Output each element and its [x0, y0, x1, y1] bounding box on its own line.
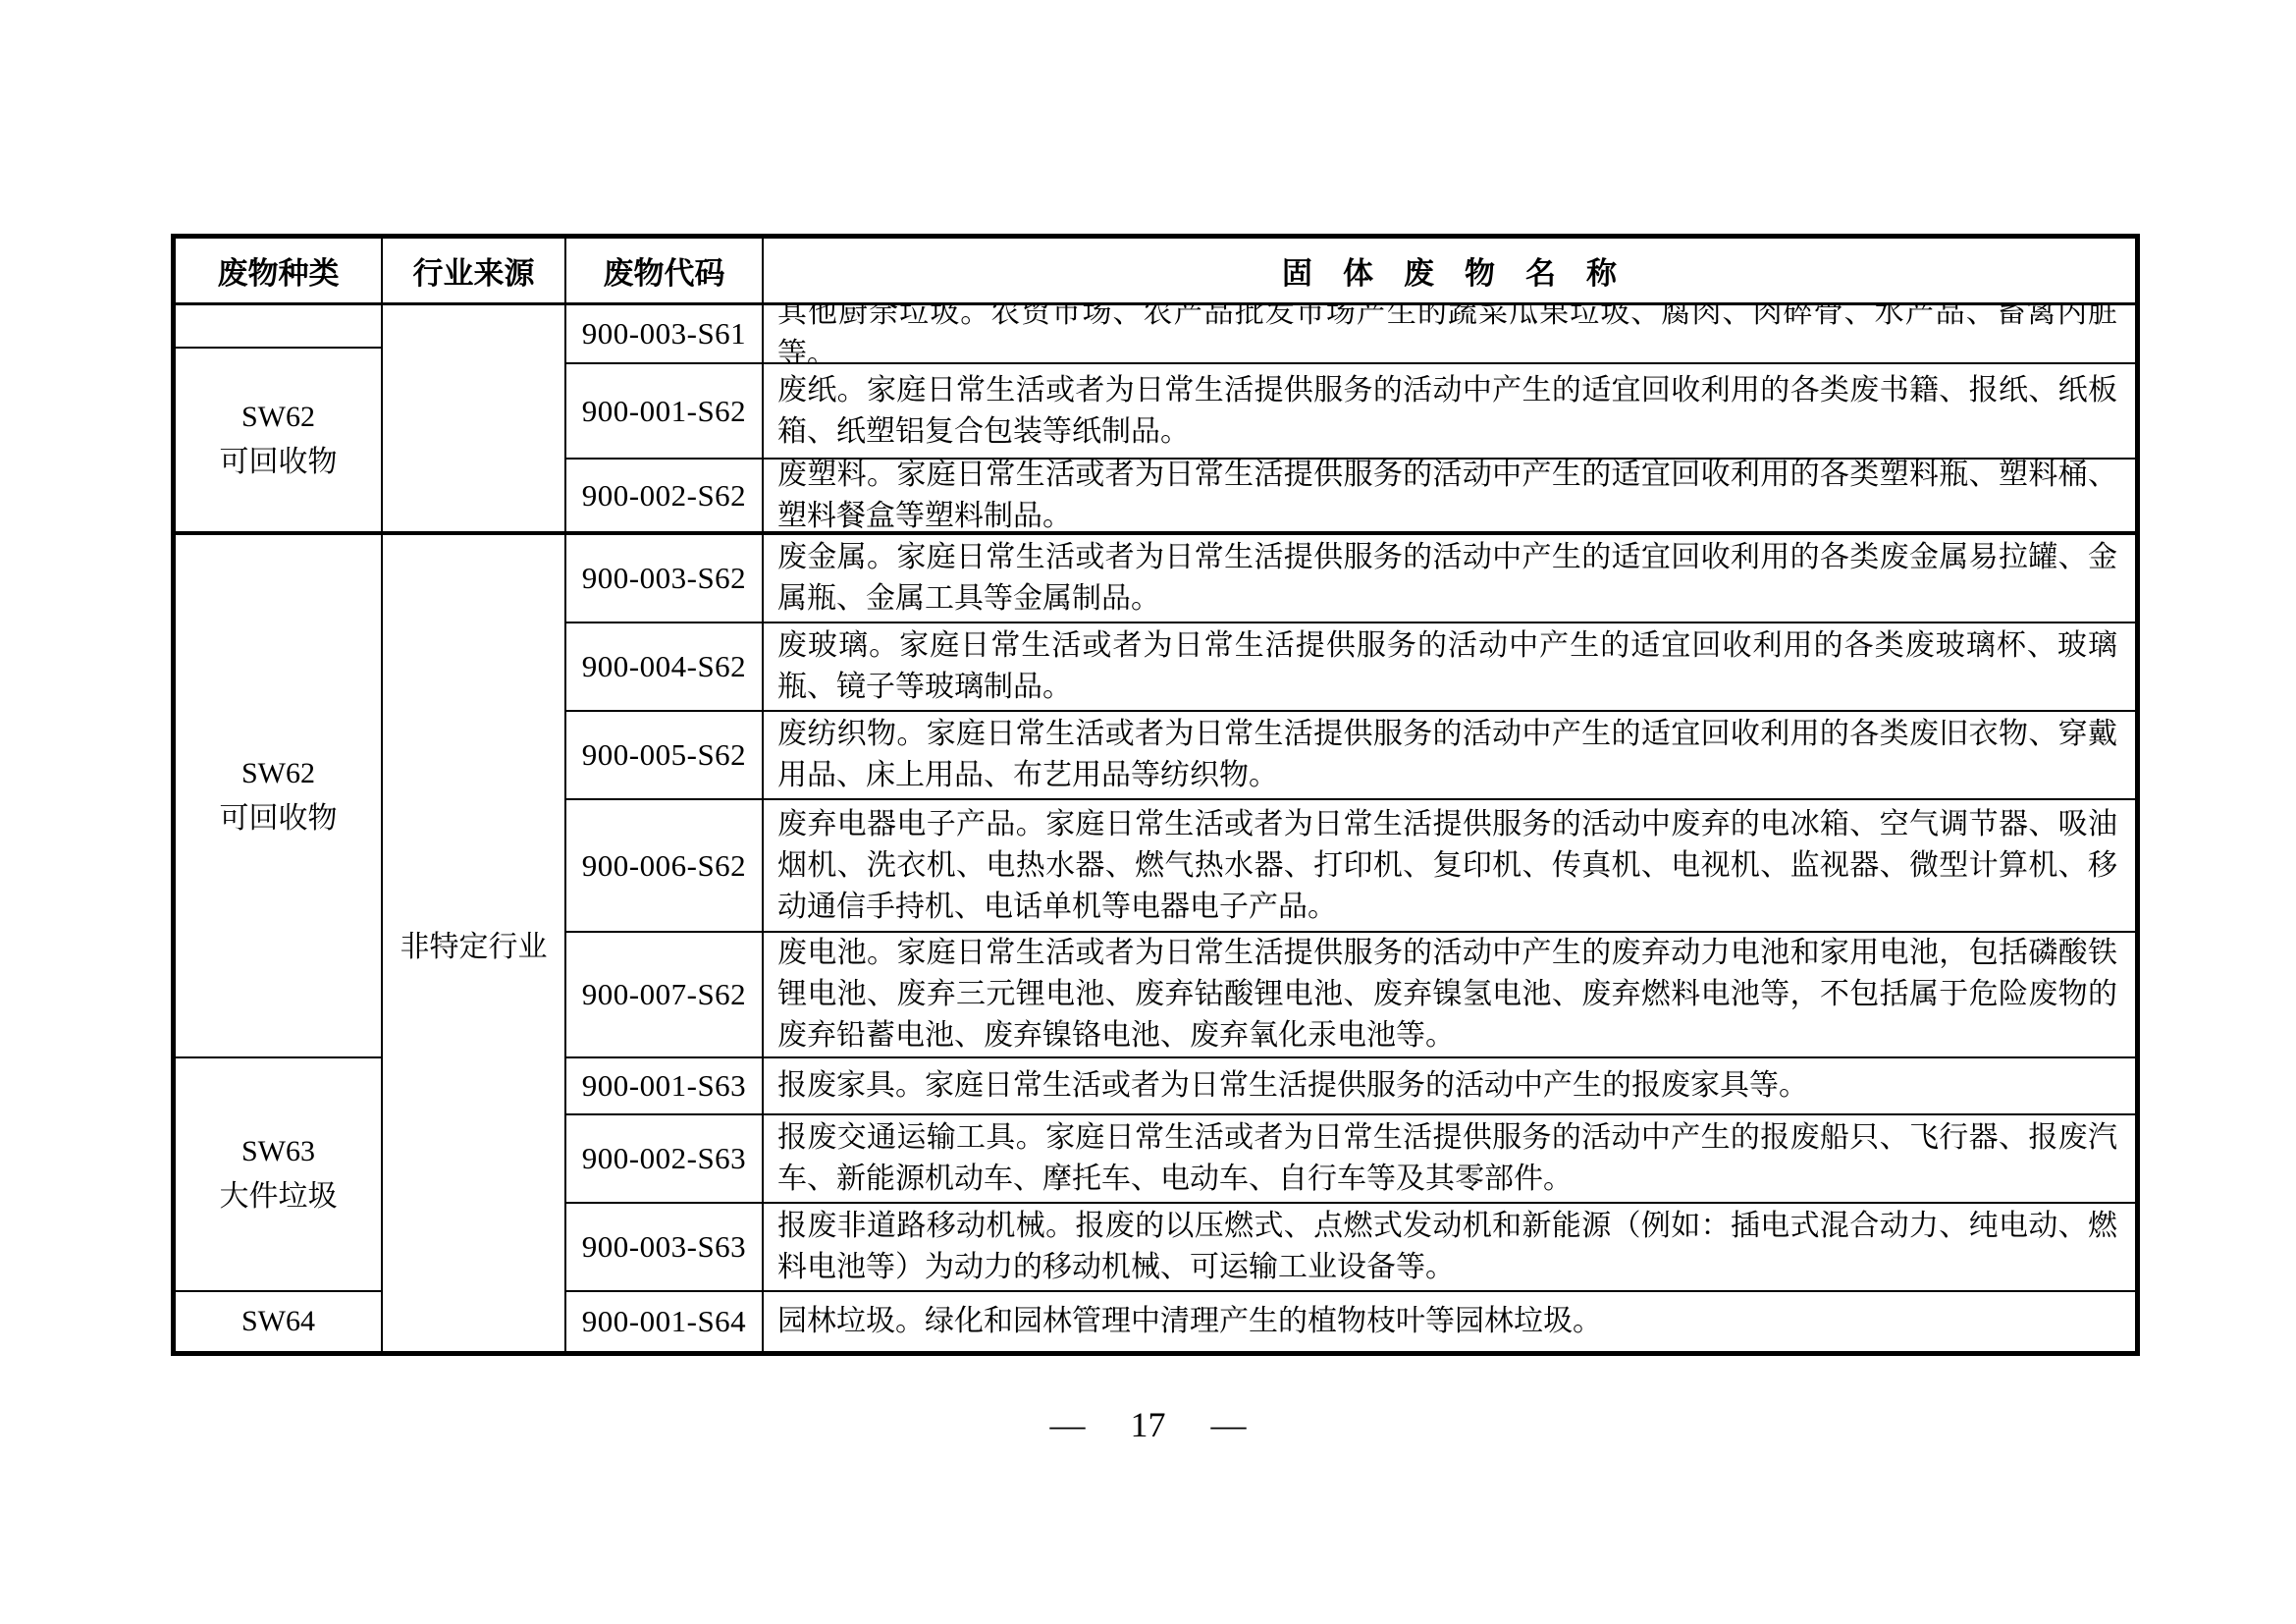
waste-name-text: 报废非道路移动机械。报废的以压燃式、点燃式发动机和新能源（例如：插电式混合动力、…: [777, 1206, 2117, 1288]
waste-name-cell: 废纺织物。家庭日常生活或者为日常生活提供服务的活动中产生的适宜回收利用的各类废旧…: [764, 712, 2135, 800]
industry-source-cell-empty: [383, 305, 566, 535]
waste-name-cell: 报废交通运输工具。家庭日常生活或者为日常生活提供服务的活动中产生的报废船只、飞行…: [764, 1115, 2135, 1204]
waste-name-cell: 废电池。家庭日常生活或者为日常生活提供服务的活动中产生的废弃动力电池和家用电池，…: [764, 933, 2135, 1058]
waste-name-text: 其他厨余垃圾。农贸市场、农产品批发市场产生的蔬菜瓜果垃圾、腐肉、肉碎骨、水产品、…: [777, 305, 2117, 364]
waste-category-label: 大件垃圾: [220, 1174, 338, 1219]
footer-dash-right: —: [1211, 1404, 1247, 1445]
waste-name-cell: 报废家具。家庭日常生活或者为日常生活提供服务的活动中产生的报废家具等。: [764, 1058, 2135, 1115]
waste-category-code: SW63: [241, 1129, 315, 1174]
waste-name-cell: 报废非道路移动机械。报废的以压燃式、点燃式发动机和新能源（例如：插电式混合动力、…: [764, 1204, 2135, 1292]
waste-category-cell-sw62-recyclable-1: SW62 可回收物: [176, 349, 383, 535]
waste-category-cell-sw62-recyclable-2: SW62 可回收物: [176, 535, 383, 1058]
waste-category-cell-sw63-bulky: SW63 大件垃圾: [176, 1058, 383, 1292]
col-header-waste-code: 废物代码: [566, 239, 764, 305]
col-header-waste-name: 固 体 废 物 名 称: [764, 239, 2135, 305]
waste-name-text: 废纺织物。家庭日常生活或者为日常生活提供服务的活动中产生的适宜回收利用的各类废旧…: [777, 714, 2117, 796]
waste-name-text: 废电池。家庭日常生活或者为日常生活提供服务的活动中产生的废弃动力电池和家用电池，…: [777, 933, 2117, 1056]
waste-code-cell: 900-001-S64: [566, 1292, 764, 1351]
col-header-waste-category: 废物种类: [176, 239, 383, 305]
waste-name-text: 废纸。家庭日常生活或者为日常生活提供服务的活动中产生的适宜回收利用的各类废书籍、…: [777, 370, 2117, 453]
waste-code-cell: 900-002-S62: [566, 460, 764, 535]
waste-name-text: 废塑料。家庭日常生活或者为日常生活提供服务的活动中产生的适宜回收利用的各类塑料瓶…: [777, 460, 2117, 535]
waste-category-cell-sw64: SW64: [176, 1292, 383, 1351]
waste-code-cell: 900-002-S63: [566, 1115, 764, 1204]
waste-classification-table: 废物种类 行业来源 废物代码 固 体 废 物 名 称 SW62 可回收物 SW6…: [171, 234, 2140, 1356]
waste-name-text: 废玻璃。家庭日常生活或者为日常生活提供服务的活动中产生的适宜回收利用的各类废玻璃…: [777, 625, 2117, 708]
waste-name-cell: 废弃电器电子产品。家庭日常生活或者为日常生活提供服务的活动中废弃的电冰箱、空气调…: [764, 800, 2135, 933]
industry-source-cell: 非特定行业: [383, 535, 566, 1351]
waste-name-text: 报废家具。家庭日常生活或者为日常生活提供服务的活动中产生的报废家具等。: [777, 1065, 2117, 1107]
waste-name-text: 废金属。家庭日常生活或者为日常生活提供服务的活动中产生的适宜回收利用的各类废金属…: [777, 537, 2117, 620]
waste-name-cell: 废玻璃。家庭日常生活或者为日常生活提供服务的活动中产生的适宜回收利用的各类废玻璃…: [764, 623, 2135, 712]
waste-name-cell: 废金属。家庭日常生活或者为日常生活提供服务的活动中产生的适宜回收利用的各类废金属…: [764, 535, 2135, 623]
page-number: 17: [1131, 1404, 1166, 1445]
waste-code-cell: 900-005-S62: [566, 712, 764, 800]
waste-code-cell: 900-003-S62: [566, 535, 764, 623]
waste-code-cell: 900-007-S62: [566, 933, 764, 1058]
footer-dash-left: —: [1050, 1404, 1086, 1445]
page-footer: — 17 —: [0, 1404, 2296, 1445]
waste-category-label: 可回收物: [220, 440, 338, 485]
waste-code-cell: 900-001-S62: [566, 364, 764, 460]
waste-category-cell-empty: [176, 305, 383, 349]
waste-name-text: 报废交通运输工具。家庭日常生活或者为日常生活提供服务的活动中产生的报废船只、飞行…: [777, 1117, 2117, 1200]
waste-name-cell: 园林垃圾。绿化和园林管理中清理产生的植物枝叶等园林垃圾。: [764, 1292, 2135, 1351]
waste-code-cell: 900-006-S62: [566, 800, 764, 933]
waste-name-cell: 废塑料。家庭日常生活或者为日常生活提供服务的活动中产生的适宜回收利用的各类塑料瓶…: [764, 460, 2135, 535]
waste-name-cell: 废纸。家庭日常生活或者为日常生活提供服务的活动中产生的适宜回收利用的各类废书籍、…: [764, 364, 2135, 460]
waste-category-code: SW62: [241, 395, 315, 440]
waste-code-cell: 900-004-S62: [566, 623, 764, 712]
waste-name-cell: 其他厨余垃圾。农贸市场、农产品批发市场产生的蔬菜瓜果垃圾、腐肉、肉碎骨、水产品、…: [764, 305, 2135, 364]
waste-category-label: 可回收物: [220, 796, 338, 841]
waste-name-text: 废弃电器电子产品。家庭日常生活或者为日常生活提供服务的活动中废弃的电冰箱、空气调…: [777, 804, 2117, 928]
col-header-industry-source: 行业来源: [383, 239, 566, 305]
document-page: 废物种类 行业来源 废物代码 固 体 废 物 名 称 SW62 可回收物 SW6…: [0, 0, 2296, 1624]
waste-category-code: SW62: [241, 751, 315, 796]
waste-code-cell: 900-003-S61: [566, 305, 764, 364]
waste-name-text: 园林垃圾。绿化和园林管理中清理产生的植物枝叶等园林垃圾。: [777, 1301, 2117, 1342]
waste-code-cell: 900-003-S63: [566, 1204, 764, 1292]
waste-code-cell: 900-001-S63: [566, 1058, 764, 1115]
waste-category-code: SW64: [241, 1299, 315, 1344]
